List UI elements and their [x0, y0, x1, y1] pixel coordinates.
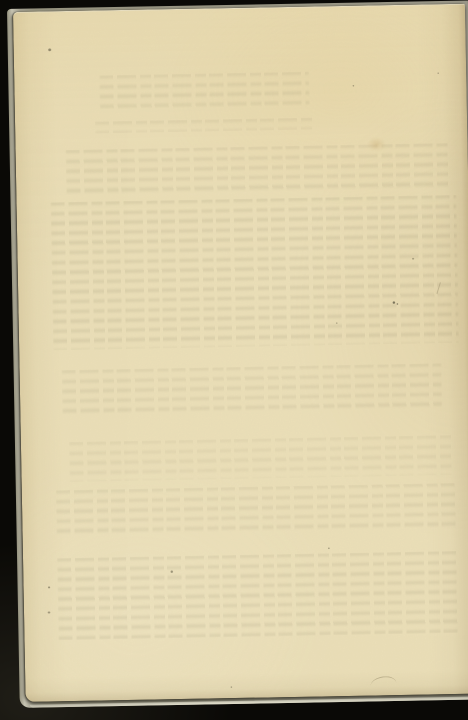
paper-speck — [230, 686, 232, 688]
bleedthrough-text-block — [56, 483, 459, 538]
paper-speck — [48, 586, 51, 588]
scan-background — [0, 0, 468, 720]
bleedthrough-text-block — [50, 195, 459, 350]
paper-speck — [412, 258, 415, 260]
bleedthrough-text-block — [66, 143, 452, 198]
paper-speck — [170, 570, 173, 573]
blank-book-page — [13, 4, 468, 702]
bleedthrough-text-block — [57, 551, 460, 640]
paper-speck — [47, 611, 51, 613]
bleedthrough-text-block — [99, 72, 310, 110]
bleedthrough-text-block — [62, 363, 443, 418]
paper-speck — [352, 85, 354, 87]
paper-speck — [396, 303, 398, 305]
bleedthrough-text-block — [95, 117, 315, 133]
bleedthrough-text-block — [69, 435, 455, 482]
paper-speck — [48, 48, 52, 51]
paper-speck — [336, 322, 338, 324]
paper-speck — [437, 72, 439, 74]
paper-fiber — [370, 676, 396, 686]
paper-speck — [392, 301, 395, 304]
paper-speck — [328, 547, 330, 549]
